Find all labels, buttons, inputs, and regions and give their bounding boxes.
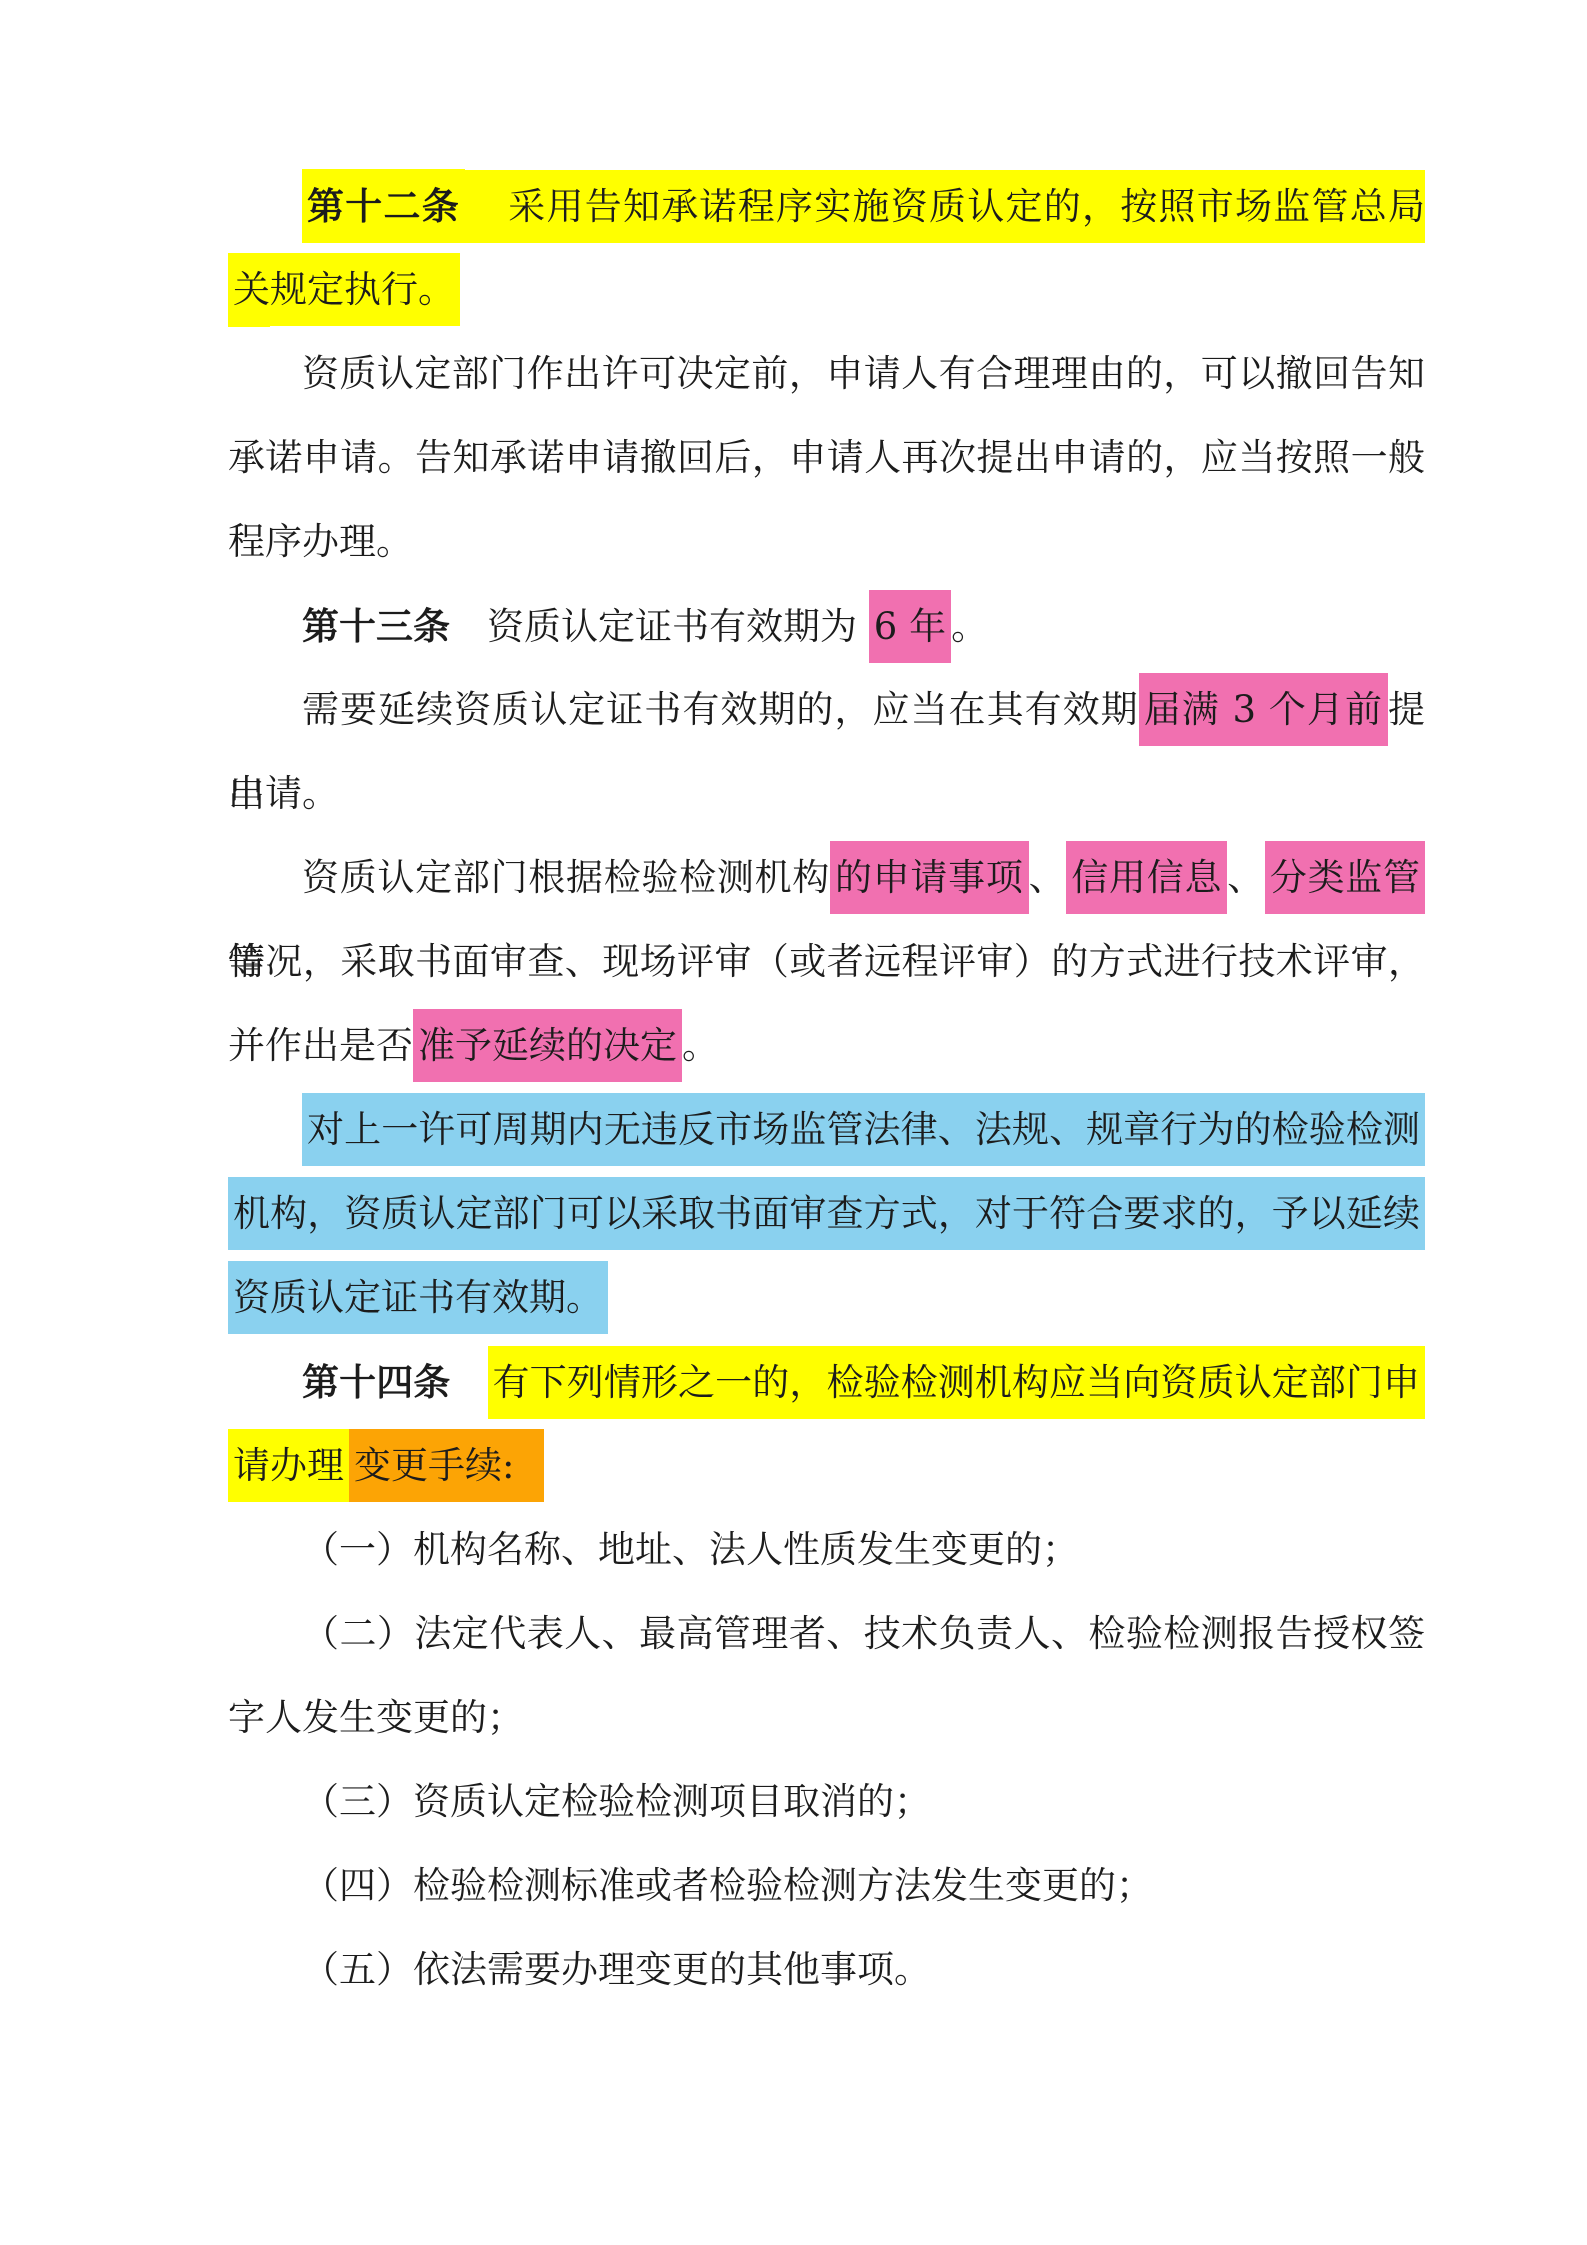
text-segment: 第十三条: [302, 604, 450, 648]
text-line: （一）机构名称、地址、法人性质发生变更的；: [228, 1508, 1425, 1592]
text-segment: （五）依法需要办理变更的其他事项。: [302, 1948, 931, 1991]
text-segment: 需要延续资质认定证书有效期的，应当在其有效期: [302, 688, 1139, 731]
text-segment: 、: [1029, 856, 1067, 899]
highlighted-text-orange: 变更手续:: [349, 1429, 544, 1502]
text-line: （五）依法需要办理变更的其他事项。: [228, 1928, 1425, 2012]
highlighted-text-pink: 届满 3 个月前: [1139, 673, 1388, 746]
highlighted-text-blue: 机构，资质认定部门可以采取书面审查方式，对于符合要求的，予以延续: [228, 1177, 1425, 1250]
text-segment: 第十四条: [302, 1360, 450, 1404]
highlighted-text-blue: 对上一许可周期内无违反市场监管法律、法规、规章行为的检验检测: [302, 1093, 1425, 1166]
text-line: 需要延续资质认定证书有效期的，应当在其有效期届满 3 个月前提出: [228, 668, 1425, 752]
text-segment: 资质认定部门作出许可决定前，申请人有合理理由的，可以撤回告知: [302, 352, 1425, 395]
text-segment: 。: [682, 1024, 719, 1067]
text-segment: 资质认定部门根据检验检测机构: [302, 856, 830, 899]
text-line: （四）检验检测标准或者检验检测方法发生变更的；: [228, 1844, 1425, 1928]
highlighted-text-pink: 的申请事项: [830, 841, 1029, 914]
text-line: 申请。: [228, 752, 1425, 836]
highlighted-text-yellow: 请办理: [228, 1429, 349, 1502]
text-segment: 、: [1227, 856, 1265, 899]
text-line: 程序办理。: [228, 500, 1425, 584]
text-segment: 资质认定证书有效期为: [450, 605, 869, 648]
text-line: 请办理变更手续:: [228, 1424, 1425, 1508]
highlighted-text-blue: 资质认定证书有效期。: [228, 1261, 608, 1334]
text-line: （二）法定代表人、最高管理者、技术负责人、检验检测报告授权签: [228, 1592, 1425, 1676]
text-line: 关规定执行。: [228, 248, 1425, 332]
document-body: 第十二条 采用告知承诺程序实施资质认定的，按照市场监管总局有关规定执行。资质认定…: [228, 164, 1425, 2012]
text-line: 情况，采取书面审查、现场评审（或者远程评审）的方式进行技术评审，: [228, 920, 1425, 1004]
text-segment: 。: [951, 605, 988, 648]
text-line: 资质认定部门作出许可决定前，申请人有合理理由的，可以撤回告知: [228, 332, 1425, 416]
highlighted-text-yellow: 关规定执行。: [228, 253, 460, 326]
text-line: 第十四条 有下列情形之一的，检验检测机构应当向资质认定部门申: [228, 1340, 1425, 1424]
text-segment: 承诺申请。告知承诺申请撤回后，申请人再次提出申请的，应当按照一般: [228, 436, 1425, 479]
text-segment: 并作出是否: [228, 1024, 413, 1067]
text-line: 资质认定部门根据检验检测机构的申请事项、信用信息、分类监管等: [228, 836, 1425, 920]
text-line: 并作出是否准予延续的决定。: [228, 1004, 1425, 1088]
text-line: 字人发生变更的；: [228, 1676, 1425, 1760]
text-line: （三）资质认定检验检测项目取消的；: [228, 1760, 1425, 1844]
text-segment: 字人发生变更的；: [228, 1696, 524, 1739]
text-segment: 情况，采取书面审查、现场评审（或者远程评审）的方式进行技术评审，: [228, 940, 1425, 983]
text-line: 机构，资质认定部门可以采取书面审查方式，对于符合要求的，予以延续: [228, 1172, 1425, 1256]
document-page: 第十二条 采用告知承诺程序实施资质认定的，按照市场监管总局有关规定执行。资质认定…: [0, 0, 1587, 2245]
highlighted-text-yellow: 第十二条: [302, 169, 465, 243]
highlighted-text-pink: 6 年: [869, 590, 951, 663]
text-line: 资质认定证书有效期。: [228, 1256, 1425, 1340]
text-segment: （四）检验检测标准或者检验检测方法发生变更的；: [302, 1864, 1153, 1907]
text-line: 第十三条 资质认定证书有效期为 6 年。: [228, 584, 1425, 668]
text-segment: [450, 1361, 487, 1404]
text-segment: （三）资质认定检验检测项目取消的；: [302, 1780, 931, 1823]
text-segment: （二）法定代表人、最高管理者、技术负责人、检验检测报告授权签: [302, 1612, 1425, 1655]
text-line: 承诺申请。告知承诺申请撤回后，申请人再次提出申请的，应当按照一般: [228, 416, 1425, 500]
highlighted-text-pink: 准予延续的决定: [413, 1009, 682, 1082]
text-line: 对上一许可周期内无违反市场监管法律、法规、规章行为的检验检测: [228, 1088, 1425, 1172]
text-line: 第十二条 采用告知承诺程序实施资质认定的，按照市场监管总局有: [228, 164, 1425, 248]
text-segment: （一）机构名称、地址、法人性质发生变更的；: [302, 1528, 1079, 1571]
text-segment: 申请。: [228, 772, 339, 815]
highlighted-text-yellow: 有下列情形之一的，检验检测机构应当向资质认定部门申: [488, 1346, 1425, 1419]
highlighted-text-pink: 分类监管: [1265, 841, 1425, 914]
text-segment: 程序办理。: [228, 520, 413, 563]
highlighted-text-pink: 信用信息: [1066, 841, 1227, 914]
